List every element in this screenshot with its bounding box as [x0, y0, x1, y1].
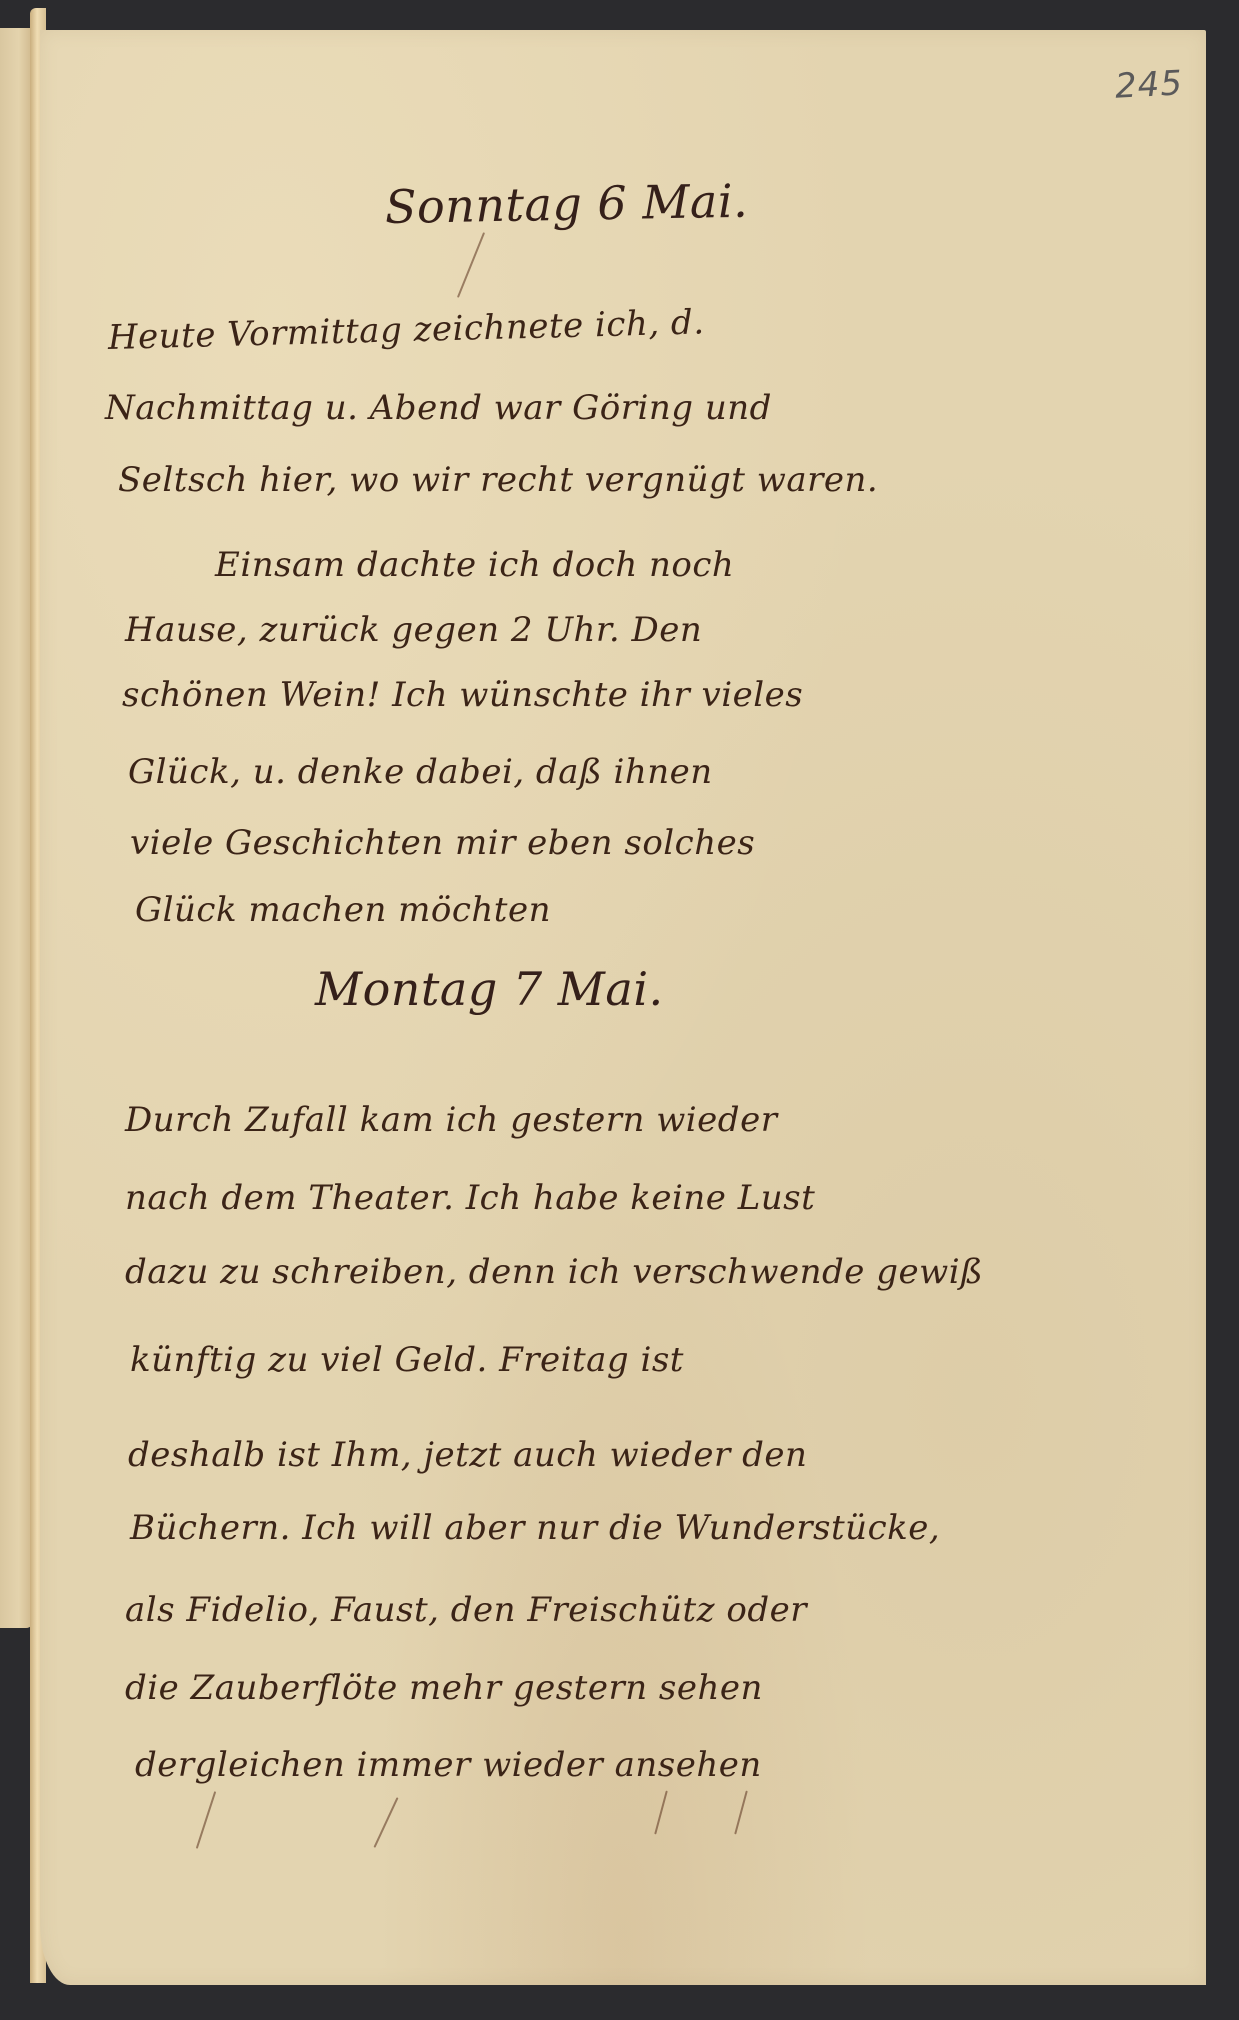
entry-line: Glück machen möchten — [135, 890, 551, 930]
entry-line: Durch Zufall kam ich gestern wieder — [125, 1100, 777, 1140]
entry-line: Einsam dachte ich doch noch — [215, 545, 734, 585]
entry-line: künftig zu viel Geld. Freitag ist — [130, 1340, 684, 1380]
entry-line: schönen Wein! Ich wünschte ihr vieles — [122, 675, 803, 715]
entry-line: nach dem Theater. Ich habe keine Lust — [125, 1178, 815, 1218]
entry-line: deshalb ist Ihm, jetzt auch wieder den — [128, 1435, 807, 1475]
entry-line: als Fidelio, Faust, den Freischütz oder — [125, 1590, 807, 1630]
entry-line: Nachmittag u. Abend war Göring und — [105, 388, 772, 428]
entry-line: dazu zu schreiben, denn ich verschwende … — [125, 1252, 983, 1292]
entry-heading-sonntag: Sonntag 6 Mai. — [385, 174, 749, 234]
entry-line: die Zauberflöte mehr gestern sehen — [125, 1668, 763, 1708]
entry-heading-montag: Montag 7 Mai. — [315, 962, 664, 1016]
entry-line: Glück, u. denke dabei, daß ihnen — [128, 752, 713, 792]
entry-line: Seltsch hier, wo wir recht vergnügt ware… — [118, 460, 878, 500]
entry-line: Hause, zurück gegen 2 Uhr. Den — [125, 610, 702, 650]
page-number: 245 — [1114, 63, 1184, 106]
facing-page-edge — [0, 28, 34, 1628]
entry-line: Büchern. Ich will aber nur die Wunderstü… — [130, 1508, 940, 1548]
entry-line: viele Geschichten mir eben solches — [130, 823, 755, 863]
entry-line: dergleichen immer wieder ansehen — [135, 1745, 762, 1785]
